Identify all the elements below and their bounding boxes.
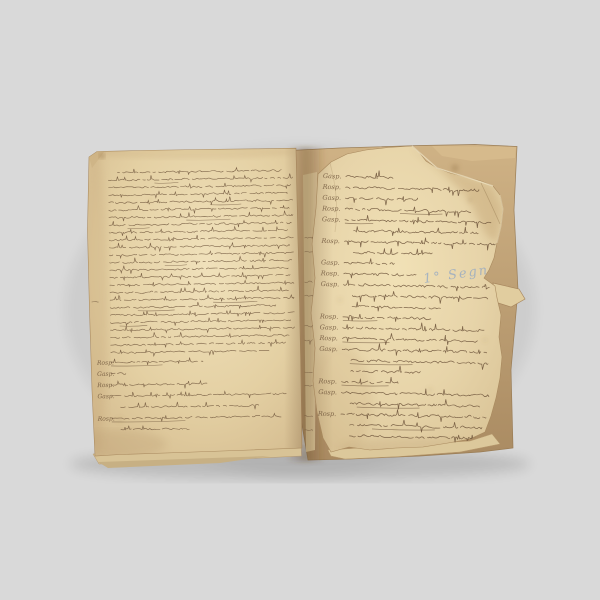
speaker-label: Rosp. — [321, 204, 341, 212]
speaker-label: Rosp. — [322, 183, 342, 191]
speaker-label: Rosp. — [318, 334, 338, 342]
speaker-label: Gasp. — [321, 258, 340, 266]
speaker-label: Gasp. — [322, 194, 341, 202]
speaker-label: Rosp. — [96, 382, 114, 389]
manuscript-photo: Rosp.Gasp.Rosp.Gasp.Rosp. Gasp.Rosp.Gasp… — [0, 0, 600, 600]
speaker-label: Gasp. — [319, 345, 338, 353]
speaker-label: Rosp. — [97, 415, 115, 422]
speaker-label: Rosp. — [317, 377, 337, 385]
speaker-label: Gasp. — [322, 215, 341, 223]
left-page — [88, 148, 303, 456]
speaker-label: Gasp. — [321, 280, 340, 288]
speaker-label: Gasp. — [323, 172, 342, 180]
speaker-label: Gasp. — [97, 371, 114, 378]
speaker-label: Rosp. — [319, 312, 339, 320]
speaker-label: Gasp. — [320, 323, 339, 331]
speaker-label: Rosp. — [317, 410, 337, 418]
photo-background: Rosp.Gasp.Rosp.Gasp.Rosp. Gasp.Rosp.Gasp… — [0, 0, 600, 600]
speaker-label: Rosp. — [320, 237, 340, 245]
speaker-label: Gasp. — [97, 393, 114, 400]
speaker-label: Rosp. — [96, 359, 114, 366]
speaker-label: Gasp. — [318, 388, 337, 396]
speaker-label: Rosp. — [320, 269, 340, 277]
